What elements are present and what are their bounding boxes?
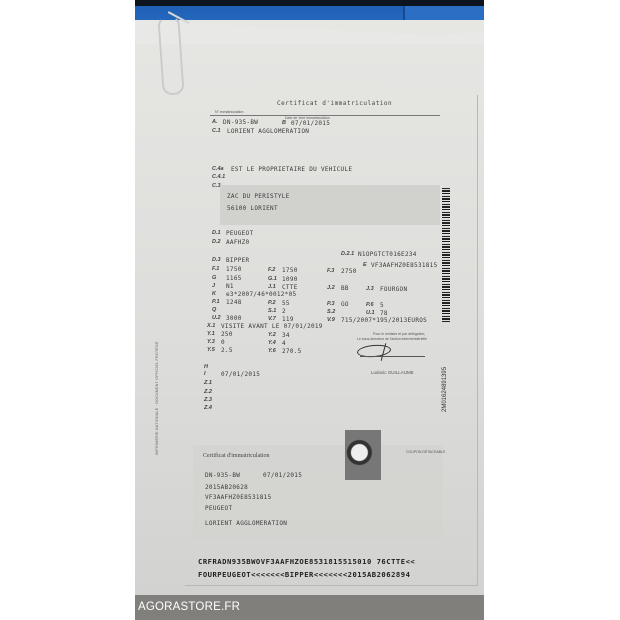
field-d1-value: PEUGEOT (226, 230, 253, 237)
signature-underline (360, 356, 425, 357)
signatory-name: Ludovic GUILLAUME (371, 370, 414, 375)
field-p2-value: 55 (282, 300, 290, 307)
coupon-date: 07/01/2015 (263, 472, 302, 479)
document-photo: Certificat d'immatriculation N° immatric… (135, 0, 484, 620)
field-y1-label: Y.1 (207, 331, 215, 337)
field-u1-value: 78 (380, 310, 388, 317)
field-f1-label: F.1 (212, 266, 219, 272)
barcode (442, 188, 450, 323)
watermark: AGORASTORE.FR (138, 601, 240, 613)
field-c4a-value: EST LE PROPRIETAIRE DU VEHICULE (231, 166, 352, 173)
field-p6-value: 5 (380, 302, 384, 309)
field-v9-label: V.9 (327, 317, 335, 323)
field-i-label: I (204, 371, 206, 377)
field-y3-value: 0 (221, 339, 225, 346)
field-d3-label: D.3 (212, 257, 221, 263)
signature-line2: Le sous-directeur de l'action interminis… (357, 337, 427, 341)
address-line2: 56100 LORIENT (227, 205, 278, 212)
left-margin-text: IMPRIMERIE NATIONALE · DOCUMENT OFFICIEL… (155, 341, 159, 455)
field-p2-label: P.2 (268, 300, 276, 306)
field-c41-label: C.4.1 (212, 174, 225, 180)
coupon-label: COUPON DÉTACHABLE (406, 450, 445, 454)
field-c1-value: LORIENT AGGLOMERATION (227, 128, 309, 135)
field-v9-value: 715/2007*195/2013EUROS (341, 317, 427, 324)
field-k-value: e3*2007/46*0012*05 (226, 291, 296, 298)
field-z2-label: Z.2 (204, 389, 212, 395)
field-d2-value: AAFHZ0 (226, 239, 249, 246)
field-d1-label: D.1 (212, 230, 221, 236)
mrz-line1: CRFRADN935BWOVF3AAFHZOE8531815515010 76C… (198, 557, 415, 566)
field-s1-label: S.1 (268, 308, 276, 314)
coupon-plate: DN-935-BW (205, 472, 240, 479)
field-u2-value: 3000 (226, 315, 242, 322)
field-y4-label: Y.4 (268, 340, 276, 346)
field-f2-label: F.2 (268, 267, 275, 273)
field-s1-value: 2 (282, 308, 286, 315)
registration-number-label: N° immatriculation (215, 110, 243, 114)
field-p1-value: 1248 (226, 299, 242, 306)
field-x1-label: X.1 (207, 323, 215, 329)
field-j2-value: BB (341, 285, 349, 292)
field-c4a-label: C.4a (212, 166, 224, 172)
field-p3-label: P.3 (327, 301, 335, 307)
field-d3-value: BIPPER (226, 257, 249, 264)
field-p1-label: P.1 (212, 299, 220, 305)
field-h-label: H (204, 364, 208, 370)
field-b-value: 07/01/2015 (291, 120, 330, 127)
field-y1-value: 250 (221, 331, 233, 338)
coupon-make: PEUGEOT (205, 505, 232, 512)
coupon-owner: LORIENT AGGLOMERATION (205, 520, 287, 527)
field-j2-label: J.2 (327, 285, 335, 291)
field-k-label: K (212, 291, 216, 297)
field-a-label: A. (212, 119, 218, 125)
field-q-label: Q (212, 307, 216, 313)
field-z3-label: Z.3 (204, 397, 212, 403)
coupon-title: Certificat d'immatriculation (203, 453, 270, 459)
coupon-vin: VF3AAFHZ0E8531815 (205, 494, 272, 501)
field-j-label: J (212, 283, 215, 289)
field-j1-value: CTTE (282, 284, 298, 291)
field-z4-label: Z.4 (204, 405, 212, 411)
field-g-label: G (212, 275, 216, 281)
field-b-label: B (282, 120, 286, 126)
barcode-number: 2M01624891395 (442, 367, 448, 412)
field-f3-label: F.3 (327, 268, 334, 274)
field-g1-value: 1090 (282, 276, 298, 283)
field-y3-label: Y.3 (207, 339, 215, 345)
field-j1-label: J.1 (268, 284, 276, 290)
field-a-value: DN-935-BW (223, 119, 258, 126)
field-d21-value: N1OPGTCT016E234 (358, 251, 417, 258)
hologram-stamp (345, 430, 381, 480)
coupon-ref: 2015AB20628 (205, 484, 248, 491)
field-u2-label: U.2 (212, 315, 221, 321)
field-j3-value: FOURGON (380, 286, 407, 293)
field-e-label: E (363, 262, 367, 268)
field-y4-value: 4 (282, 340, 286, 347)
address-line1: ZAC DU PERISTYLE (227, 193, 290, 200)
field-z1-label: Z.1 (204, 380, 212, 386)
field-j-value: N1 (226, 283, 234, 290)
field-p6-label: P.6 (366, 302, 374, 308)
field-v7-label: V.7 (268, 316, 276, 322)
field-u1-label: U.1 (366, 310, 375, 316)
mrz-line2: FOURPEUGEOT<<<<<<<BIPPER<<<<<<<2015AB206… (198, 570, 410, 579)
field-d21-label: D.2.1 (341, 251, 354, 257)
field-x1-value: VISITE AVANT LE 07/01/2019 (221, 323, 323, 330)
signature-line1: Pour le ministre et par délégation, (373, 332, 425, 336)
field-f2-value: 1750 (282, 267, 298, 274)
field-i-value: 07/01/2015 (221, 371, 260, 378)
field-y2-label: Y.2 (268, 332, 276, 338)
field-y5-label: Y.5 (207, 347, 215, 353)
field-y5-value: 2.5 (221, 347, 233, 354)
field-j3-label: J.3 (366, 286, 374, 292)
field-y6-label: Y.6 (268, 348, 276, 354)
field-v7-value: 119 (282, 316, 294, 323)
field-e-value: VF3AAFHZ0E8531815 (371, 262, 438, 269)
field-f3-value: 2750 (341, 268, 357, 275)
certificate-title: Certificat d'immatriculation (277, 100, 392, 107)
field-g1-label: G.1 (268, 276, 277, 282)
field-g-value: 1165 (226, 275, 242, 282)
field-f1-value: 1750 (226, 266, 242, 273)
field-d2-label: D.2 (212, 239, 221, 245)
field-c1-label: C.1 (212, 128, 221, 134)
field-s2-label: S.2 (327, 309, 335, 315)
field-y2-value: 34 (282, 332, 290, 339)
field-y6-value: 270.5 (282, 348, 302, 355)
field-p3-value: GO (341, 301, 349, 308)
